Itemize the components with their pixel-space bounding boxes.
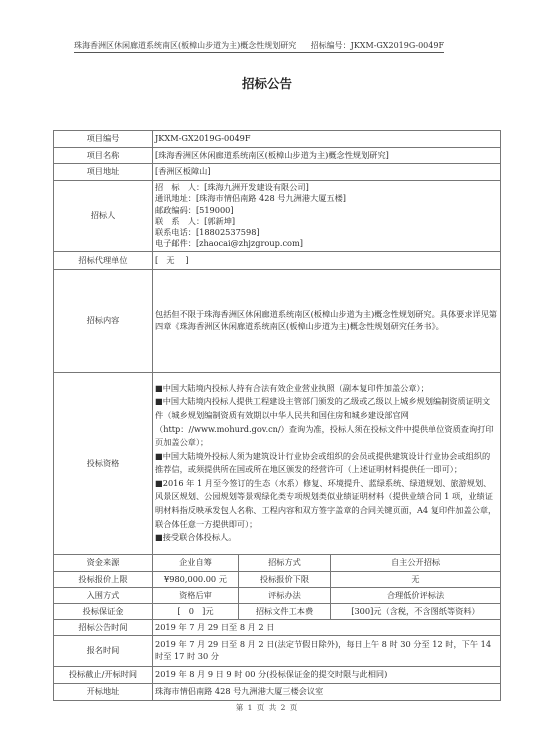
label-registration-time: 报名时间 [54,635,153,666]
label-project-number: 项目编号 [54,131,153,148]
label-evaluation-method: 评标办法 [239,587,331,603]
tenderer-address: 通讯地址：[珠海市情侣南路 428 号九洲港大厦五楼] [155,193,498,204]
row-funding: 资金来源 企业自筹 招标方式 自主公开招标 [54,554,501,571]
value-project-address: [香洲区板障山] [153,164,501,181]
tender-info-table: 项目编号 JKXM-GX2019G-0049F 项目名称 [珠海香洲区休闲廊道系… [53,130,501,701]
value-registration-time: 2019 年 7 月 29 日至 8 月 2 日(法定节假日除外)，每日上午 8… [153,635,501,666]
value-opening-address: 珠海市情侣南路 428 号九洲港大厦三楼会议室 [153,683,501,700]
qualification-item: ■接受联合体投标人。 [155,531,498,545]
tenderer-postcode: 邮政编码：[519000] [155,205,498,216]
label-qualification: 投标资格 [54,372,153,554]
label-price-upper: 投标报价上限 [54,571,153,587]
row-announcement-time: 招标公告时间 2019 年 7 月 29 日至 8 月 2 日 [54,619,501,635]
row-deadline: 投标截止/开标时间 2019 年 8 月 9 日 9 时 00 分(投标保证金的… [54,666,501,683]
row-project-address: 项目地址 [香洲区板障山] [54,164,501,181]
content-text: 包括但不限于珠海香洲区休闲廊道系统南区(板樟山步道为主)概念性规划研究。具体要求… [155,309,498,332]
value-agency: [ 无 ] [153,251,501,269]
value-tender-method: 自主公开招标 [331,554,501,571]
value-project-number: JKXM-GX2019G-0049F [153,131,501,148]
row-project-number: 项目编号 JKXM-GX2019G-0049F [54,131,501,148]
label-tenderer: 招标人 [54,181,153,252]
page-header: 珠海香洲区休闲廊道系统南区(板樟山步道为主)概念性规划研究 招标编号：JKXM-… [74,41,444,53]
label-price-lower: 投标报价下限 [239,571,331,587]
label-document-fee: 招标文件工本费 [239,603,331,619]
label-agency: 招标代理单位 [54,251,153,269]
qualification-item: ■中国大陆境外投标人须为建筑设计行业协会或组织的会员或提供建筑设计行业协会或组织… [155,450,498,477]
header-bid-number: 招标编号：JKXM-GX2019G-0049F [311,41,444,51]
label-announcement-time: 招标公告时间 [54,619,153,635]
row-project-name: 项目名称 [珠海香洲区休闲廊道系统南区(板樟山步道为主)概念性规划研究] [54,148,501,164]
page-number: 第 1 页 共 2 页 [0,702,534,713]
row-qualification: 投标资格 ■中国大陆境内投标人持有合法有效企业营业执照（副本复印件加盖公章）； … [54,372,501,554]
label-deadline: 投标截止/开标时间 [54,666,153,683]
value-project-name: [珠海香洲区休闲廊道系统南区(板樟山步道为主)概念性规划研究] [153,148,501,164]
value-shortlist-method: 资格后审 [153,587,239,603]
value-deadline: 2019 年 8 月 9 日 9 时 00 分(投标保证金的提交时限与此相同) [153,666,501,683]
label-content: 招标内容 [54,269,153,372]
label-funding-source: 资金来源 [54,554,153,571]
value-document-fee: [300]元（含税，不含图纸等资料） [331,603,501,619]
value-tenderer: 招 标 人：[珠海九洲开发建设有限公司] 通讯地址：[珠海市情侣南路 428 号… [153,181,501,252]
tenderer-email[interactable]: 电子邮件：[zhaocai@zhjzgroup.com] [155,238,498,249]
row-content: 招标内容 包括但不限于珠海香洲区休闲廊道系统南区(板樟山步道为主)概念性规划研究… [54,269,501,372]
label-bid-deposit: 投标保证金 [54,603,153,619]
row-price-limit: 投标报价上限 ¥980,000.00 元 投标报价下限 无 [54,571,501,587]
row-deposit: 投标保证金 [ 0 ]元 招标文件工本费 [300]元（含税，不含图纸等资料） [54,603,501,619]
row-tenderer: 招标人 招 标 人：[珠海九洲开发建设有限公司] 通讯地址：[珠海市情侣南路 4… [54,181,501,252]
value-bid-deposit: [ 0 ]元 [153,603,239,619]
qualification-item: ■中国大陆境内投标人持有合法有效企业营业执照（副本复印件加盖公章）； [155,382,498,396]
value-price-lower: 无 [331,571,501,587]
value-evaluation-method: 合理低价评标法 [331,587,501,603]
tenderer-contact: 联 系 人：[郭新坤] [155,216,498,227]
row-shortlist: 入围方式 资格后审 评标办法 合理低价评标法 [54,587,501,603]
qualification-item: ■2016 年 1 月至今签订的生态（水系）修复、环境提升、蓝绿系统、绿道规划、… [155,477,498,531]
value-announcement-time: 2019 年 7 月 29 日至 8 月 2 日 [153,619,501,635]
tenderer-name: 招 标 人：[珠海九洲开发建设有限公司] [155,182,498,193]
label-project-name: 项目名称 [54,148,153,164]
label-project-address: 项目地址 [54,164,153,181]
qualification-item: ■中国大陆境内投标人提供工程建设主管部门颁发的乙级或乙级以上城乡规划编制资质证明… [155,395,498,449]
row-opening-address: 开标地址 珠海市情侣南路 428 号九洲港大厦三楼会议室 [54,683,501,700]
value-price-upper: ¥980,000.00 元 [153,571,239,587]
row-agency: 招标代理单位 [ 无 ] [54,251,501,269]
value-qualification: ■中国大陆境内投标人持有合法有效企业营业执照（副本复印件加盖公章）； ■中国大陆… [153,372,501,554]
tenderer-phone: 联系电话：[18802537598] [155,227,498,238]
value-funding-source: 企业自筹 [153,554,239,571]
label-shortlist-method: 入围方式 [54,587,153,603]
row-registration-time: 报名时间 2019 年 7 月 29 日至 8 月 2 日(法定节假日除外)，每… [54,635,501,666]
value-content: 包括但不限于珠海香洲区休闲廊道系统南区(板樟山步道为主)概念性规划研究。具体要求… [153,269,501,372]
label-opening-address: 开标地址 [54,683,153,700]
label-tender-method: 招标方式 [239,554,331,571]
header-project-title: 珠海香洲区休闲廊道系统南区(板樟山步道为主)概念性规划研究 [74,41,296,51]
document-title: 招标公告 [0,74,534,92]
